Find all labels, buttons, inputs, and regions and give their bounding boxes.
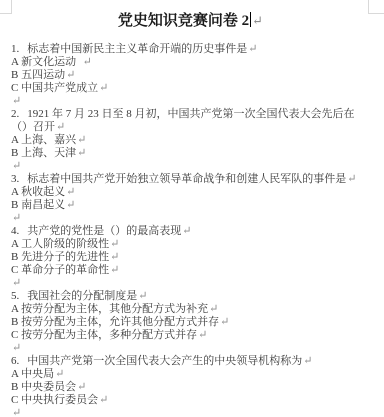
question-text: 共产党的党性是（）的最高表现	[27, 225, 181, 237]
paragraph-mark-icon: ↵	[209, 303, 218, 315]
option-line[interactable]: C 中央执行委员会↵	[11, 394, 370, 407]
paragraph-mark-icon: ↵	[198, 329, 207, 341]
option-line[interactable]: B 上海、天津↵	[11, 147, 370, 160]
question-line[interactable]: 5.我国社会的分配制度是↵	[11, 290, 370, 303]
question-number: 1.	[11, 43, 19, 55]
question-line[interactable]: 4.共产党的党性是（）的最高表现↵	[11, 225, 370, 238]
paragraph-mark-icon: ↵	[66, 69, 75, 81]
option-line[interactable]: A 中央局↵	[11, 368, 370, 381]
question-line[interactable]: 6.中国共产党第一次全国代表大会产生的中央领导机构称为↵	[11, 355, 370, 368]
empty-line[interactable]: ↵	[11, 212, 370, 225]
paragraph-mark-icon: ↵	[99, 394, 108, 406]
question-number: 6.	[11, 355, 19, 367]
question-text: 标志着中国共产党开始独立领导革命战争和创建人民军队的事件是	[27, 173, 346, 185]
option-line[interactable]: A 新文化运动 ↵	[11, 56, 370, 69]
paragraph-mark-icon: ↵	[110, 264, 119, 276]
word-document-page: 党史知识竞赛问卷 2↵ 1.标志着中国新民主主义革命开端的历史事件是↵A 新文化…	[0, 0, 384, 417]
paragraph-mark-icon: ↵	[138, 290, 147, 302]
document-content: 党史知识竞赛问卷 2↵ 1.标志着中国新民主主义革命开端的历史事件是↵A 新文化…	[11, 10, 370, 417]
paragraph-mark-icon: ↵	[83, 56, 92, 68]
paragraph-mark-icon: ↵	[12, 160, 21, 172]
option-text: B 上海、天津	[11, 147, 76, 159]
option-line[interactable]: C 革命分子的革命性↵	[11, 264, 370, 277]
paragraph-mark-icon: ↵	[66, 199, 75, 211]
option-text: B 南昌起义	[11, 199, 65, 211]
question-line[interactable]: 3.标志着中国共产党开始独立领导革命战争和创建人民军队的事件是↵	[11, 173, 370, 186]
paragraph-mark-icon: ↵	[77, 147, 86, 159]
paragraph-mark-icon: ↵	[55, 368, 64, 380]
paragraph-mark-icon: ↵	[12, 95, 21, 107]
question-text: 我国社会的分配制度是	[27, 290, 137, 302]
question-line[interactable]: 1.标志着中国新民主主义革命开端的历史事件是↵	[11, 43, 370, 56]
paragraph-mark-icon: ↵	[347, 173, 356, 185]
option-line[interactable]: B 按劳分配为主体，允许其他分配方式并存↵	[11, 316, 370, 329]
paragraph-mark-icon: ↵	[77, 134, 86, 146]
question-number: 3.	[11, 173, 19, 185]
paragraph-mark-icon: ↵	[56, 121, 65, 133]
option-text: B 中央委员会	[11, 381, 76, 393]
option-line[interactable]: B 南昌起义↵	[11, 199, 370, 212]
paragraph-mark-icon: ↵	[220, 316, 229, 328]
option-line[interactable]: B 五四运动↵	[11, 69, 370, 82]
margin-crop-mark-top-right	[368, 0, 384, 14]
question-text: 标志着中国新民主主义革命开端的历史事件是	[27, 43, 247, 55]
option-line[interactable]: A 工人阶级的阶级性↵	[11, 238, 370, 251]
empty-line[interactable]: ↵	[11, 277, 370, 290]
question-text: 中国共产党第一次全国代表大会产生的中央领导机构称为	[27, 355, 302, 367]
paragraph-mark-icon: ↵	[182, 225, 191, 237]
empty-line[interactable]: ↵	[11, 95, 370, 108]
empty-line[interactable]: ↵	[11, 407, 370, 417]
paragraph-mark-icon: ↵	[110, 238, 119, 250]
paragraph-mark-icon: ↵	[252, 13, 263, 28]
paragraph-mark-icon: ↵	[12, 407, 21, 417]
option-text: A 工人阶级的阶级性	[11, 238, 109, 250]
option-text: B 五四运动	[11, 69, 65, 81]
option-text: A 新文化运动	[11, 56, 82, 68]
empty-line[interactable]: ↵	[11, 342, 370, 355]
option-text: C 中央执行委员会	[11, 394, 98, 406]
empty-line[interactable]: ↵	[11, 160, 370, 173]
option-line[interactable]: C 按劳分配为主体，多种分配方式并存↵	[11, 329, 370, 342]
document-title-text: 党史知识竞赛问卷 2	[118, 13, 249, 29]
option-line[interactable]: A 按劳分配为主体，其他分配方式为补充↵	[11, 303, 370, 316]
question-line[interactable]: 2.1921 年 7 月 23 日至 8 月初，中国共产党第一次全国代表大会先后…	[11, 108, 370, 134]
option-text: C 按劳分配为主体，多种分配方式并存	[11, 329, 197, 341]
question-number: 5.	[11, 290, 19, 302]
question-number: 2.	[11, 108, 19, 120]
option-text: B 先进分子的先进性	[11, 251, 109, 263]
paragraph-mark-icon: ↵	[303, 355, 312, 367]
option-text: C 革命分子的革命性	[11, 264, 109, 276]
paragraph-mark-icon: ↵	[110, 251, 119, 263]
question-list: 1.标志着中国新民主主义革命开端的历史事件是↵A 新文化运动 ↵B 五四运动↵C…	[11, 43, 370, 417]
paragraph-mark-icon: ↵	[12, 342, 21, 354]
option-text: A 秋收起义	[11, 186, 65, 198]
option-text: A 上海、嘉兴	[11, 134, 76, 146]
option-text: A 中央局	[11, 368, 54, 380]
option-line[interactable]: A 秋收起义↵	[11, 186, 370, 199]
paragraph-mark-icon: ↵	[66, 186, 75, 198]
option-line[interactable]: B 先进分子的先进性↵	[11, 251, 370, 264]
paragraph-mark-icon: ↵	[77, 381, 86, 393]
option-line[interactable]: C 中国共产党成立↵	[11, 82, 370, 95]
document-title[interactable]: 党史知识竞赛问卷 2↵	[11, 10, 370, 32]
option-text: C 中国共产党成立	[11, 82, 98, 94]
paragraph-mark-icon: ↵	[12, 277, 21, 289]
option-text: A 按劳分配为主体，其他分配方式为补充	[11, 303, 208, 315]
option-text: B 按劳分配为主体，允许其他分配方式并存	[11, 316, 219, 328]
question-number: 4.	[11, 225, 19, 237]
paragraph-mark-icon: ↵	[248, 43, 257, 55]
paragraph-mark-icon: ↵	[99, 82, 108, 94]
option-line[interactable]: B 中央委员会↵	[11, 381, 370, 394]
option-line[interactable]: A 上海、嘉兴↵	[11, 134, 370, 147]
paragraph-mark-icon: ↵	[12, 212, 21, 224]
